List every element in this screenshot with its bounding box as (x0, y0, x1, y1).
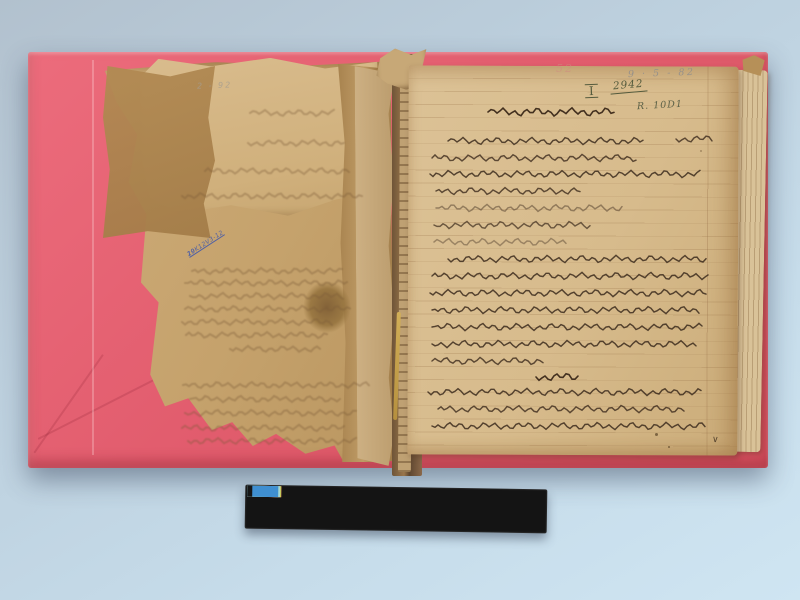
color-chip (247, 486, 252, 497)
pencil-mark: 2 - 92 (197, 81, 233, 90)
cover-fold-highlight (92, 60, 94, 455)
shelf-mark: R. 10D1 (637, 100, 683, 112)
ink-speck (655, 433, 658, 436)
ink-speck (700, 150, 702, 152)
roman-numeral-page-number: I (585, 84, 598, 98)
stain (303, 281, 351, 333)
ink-speck (668, 446, 670, 448)
left-page-kraft-patch (103, 66, 215, 238)
scale-bar: 01cm234567891011121314151617181920 (245, 485, 548, 534)
faint-number: 52 (556, 63, 574, 74)
check-mark: ∨ (712, 436, 719, 445)
right-page (407, 65, 738, 455)
photo-stage: 52 9 · 5 - 82 I 2942 R. 10D1 ∨ 2 - 92 20… (0, 0, 800, 600)
